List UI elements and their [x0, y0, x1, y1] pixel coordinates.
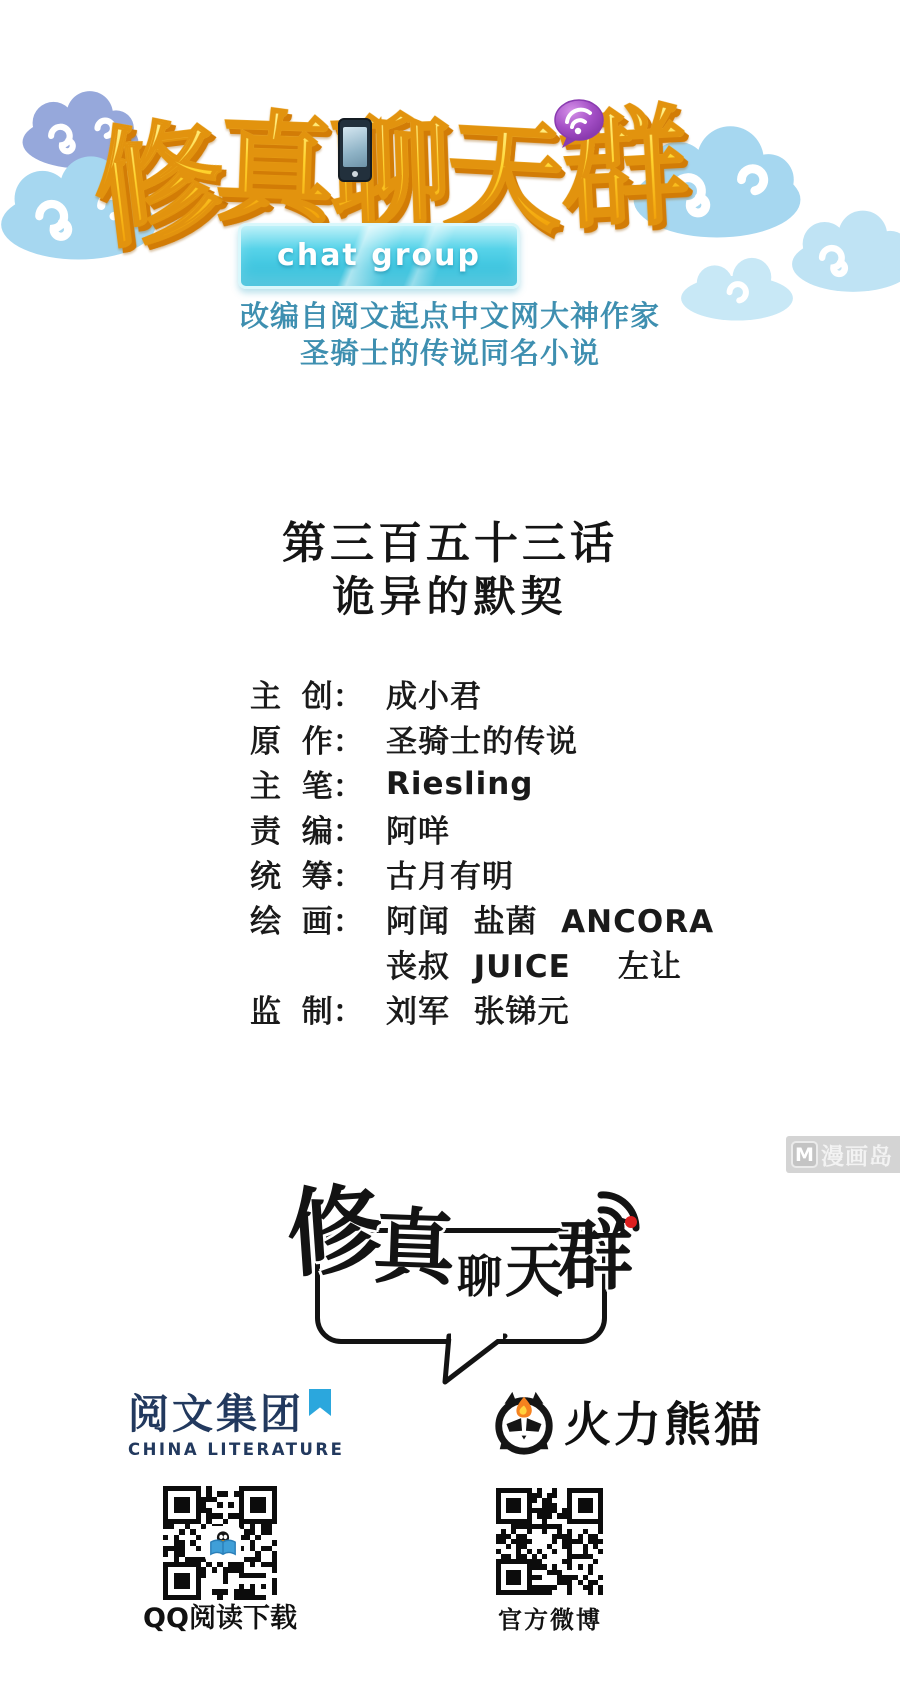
credit-value: Riesling — [386, 766, 534, 802]
credit-value: 阿闻 盐菌 ANCORA — [386, 896, 714, 941]
logo-char: 修 — [87, 112, 232, 257]
credit-row: 主 笔：Riesling — [250, 761, 714, 806]
credit-value: 圣骑士的传说 — [386, 716, 578, 761]
chapter-number: 第三百五十三话 — [0, 516, 900, 572]
credits-list: 主 创：成小君 原 作：圣骑士的传说 主 笔：Riesling 责 编：阿咩 统… — [250, 671, 714, 1031]
manhuadao-m-icon: M — [791, 1141, 818, 1168]
logo-char: 真 — [214, 108, 336, 230]
huoli-panda-logo: 火力熊猫 — [490, 1388, 764, 1462]
adapted-line-1: 改编自阅文起点中文网大神作家 — [0, 298, 900, 335]
credit-row: 绘 画：阿闻 盐菌 ANCORA — [250, 896, 714, 941]
qr-caption-right: 官方微博 — [452, 1600, 648, 1635]
logo-char: 天 — [442, 115, 566, 239]
credit-row: 原 作：圣骑士的传说 — [250, 716, 714, 761]
panda-icon — [490, 1388, 558, 1462]
qq-penguin-book-icon — [205, 1526, 241, 1562]
bw-logo-char: 真 — [372, 1207, 457, 1292]
bookmark-icon — [309, 1389, 331, 1416]
chat-group-banner: chat group ...... — [238, 223, 520, 289]
qr-caption-left: QQ阅读下载 — [120, 1596, 320, 1635]
adapted-line-2: 圣骑士的传说同名小说 — [0, 335, 900, 372]
credit-row: 主 创：成小君 — [250, 671, 714, 716]
credit-row: 监 制：刘军 张锑元 — [250, 986, 714, 1031]
speech-bubble-tail — [439, 1332, 519, 1388]
bw-logo-char: 天 — [505, 1242, 563, 1300]
credit-row: 丧叔 JUICE 左让 — [250, 941, 714, 986]
bw-series-logo: 修 真 聊 天 群 — [293, 1192, 645, 1388]
bw-logo-char: 修 — [284, 1181, 386, 1283]
credit-row: 统 筹：古月有明 — [250, 851, 714, 896]
bw-logo-char: 聊 — [457, 1254, 502, 1299]
credit-label: 主 创： — [250, 671, 386, 716]
china-literature-cn: 阅文集团 — [128, 1390, 304, 1438]
credit-value: 古月有明 — [386, 851, 514, 896]
credit-value: 阿咩 — [386, 806, 450, 851]
logo-title: 修 真 聊 天 群 — [92, 104, 704, 234]
chapter-name: 诡异的默契 — [0, 572, 900, 622]
credit-label: 原 作： — [250, 716, 386, 761]
credit-value: 成小君 — [386, 671, 482, 716]
credit-value: 刘军 张锑元 — [386, 986, 570, 1031]
credit-label: 统 筹： — [250, 851, 386, 896]
credit-label: 监 制： — [250, 986, 386, 1031]
china-literature-logo: 阅文集团 CHINA LITERATURE — [128, 1392, 368, 1459]
credit-label: 责 编： — [250, 806, 386, 851]
wifi-chat-bubble-icon — [552, 99, 606, 151]
credit-value: 丧叔 JUICE 左让 — [386, 941, 682, 986]
wifi-signal-icon — [593, 1182, 647, 1236]
smartphone-icon — [338, 118, 372, 182]
china-literature-en: CHINA LITERATURE — [128, 1440, 368, 1459]
credit-label: 主 笔： — [250, 761, 386, 806]
comic-title-page: 修 真 聊 天 群 chat group ...... 改编自阅文起点中文网大神… — [0, 0, 900, 1695]
watermark-label: 漫画岛 — [821, 1138, 893, 1171]
adapted-from-text: 改编自阅文起点中文网大神作家 圣骑士的传说同名小说 — [0, 298, 900, 372]
china-literature-name: 阅文集团 — [128, 1392, 304, 1437]
chapter-title: 第三百五十三话 诡异的默契 — [0, 516, 900, 622]
banner-text: chat group ...... — [241, 226, 517, 289]
huoli-panda-name: 火力熊猫 — [564, 1402, 764, 1449]
red-dot-icon — [625, 1216, 637, 1228]
manhuadao-watermark: M 漫画岛 — [786, 1136, 900, 1173]
credit-label: 绘 画： — [250, 896, 386, 941]
credit-row: 责 编：阿咩 — [250, 806, 714, 851]
weibo-qr-code — [496, 1488, 603, 1595]
